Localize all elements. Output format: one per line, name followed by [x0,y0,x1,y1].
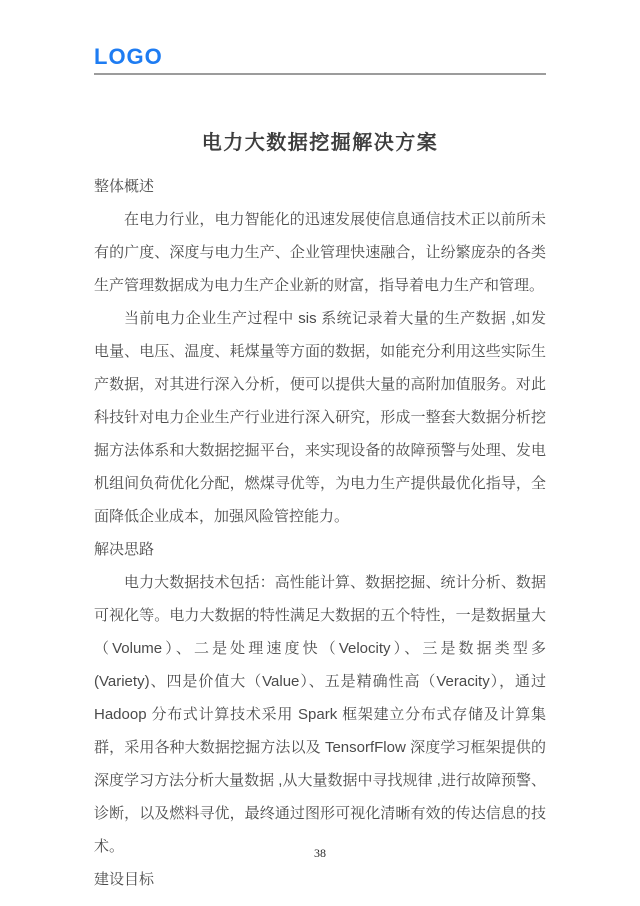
section-heading-overview: 整体概述 [94,170,546,203]
document-page: LOGO 电力大数据挖掘解决方案 整体概述 在电力行业，电力智能化的迅速发展使信… [0,0,640,906]
page-header: LOGO [94,44,546,75]
page-footer: 38 [0,844,640,862]
paragraph: 当前电力企业生产过程中 sis 系统记录着大量的生产数据 ,如发电量、电压、温度… [94,302,546,533]
section-overview: 整体概述 在电力行业，电力智能化的迅速发展使信息通信技术正以前所未有的广度、深度… [94,170,546,533]
document-body: 整体概述 在电力行业，电力智能化的迅速发展使信息通信技术正以前所未有的广度、深度… [94,170,546,896]
section-heading-solution: 解决思路 [94,533,546,566]
section-solution: 解决思路 电力大数据技术包括：高性能计算、数据挖掘、统计分析、数据可视化等。电力… [94,533,546,863]
paragraph: 电力大数据技术包括：高性能计算、数据挖掘、统计分析、数据可视化等。电力大数据的特… [94,566,546,863]
document-title: 电力大数据挖掘解决方案 [94,129,546,157]
section-heading-goals: 建设目标 [94,863,546,896]
section-goals: 建设目标 [94,863,546,896]
company-logo: LOGO [94,44,546,70]
page-number: 38 [314,846,326,860]
header-divider [94,73,546,75]
paragraph: 在电力行业，电力智能化的迅速发展使信息通信技术正以前所未有的广度、深度与电力生产… [94,203,546,302]
